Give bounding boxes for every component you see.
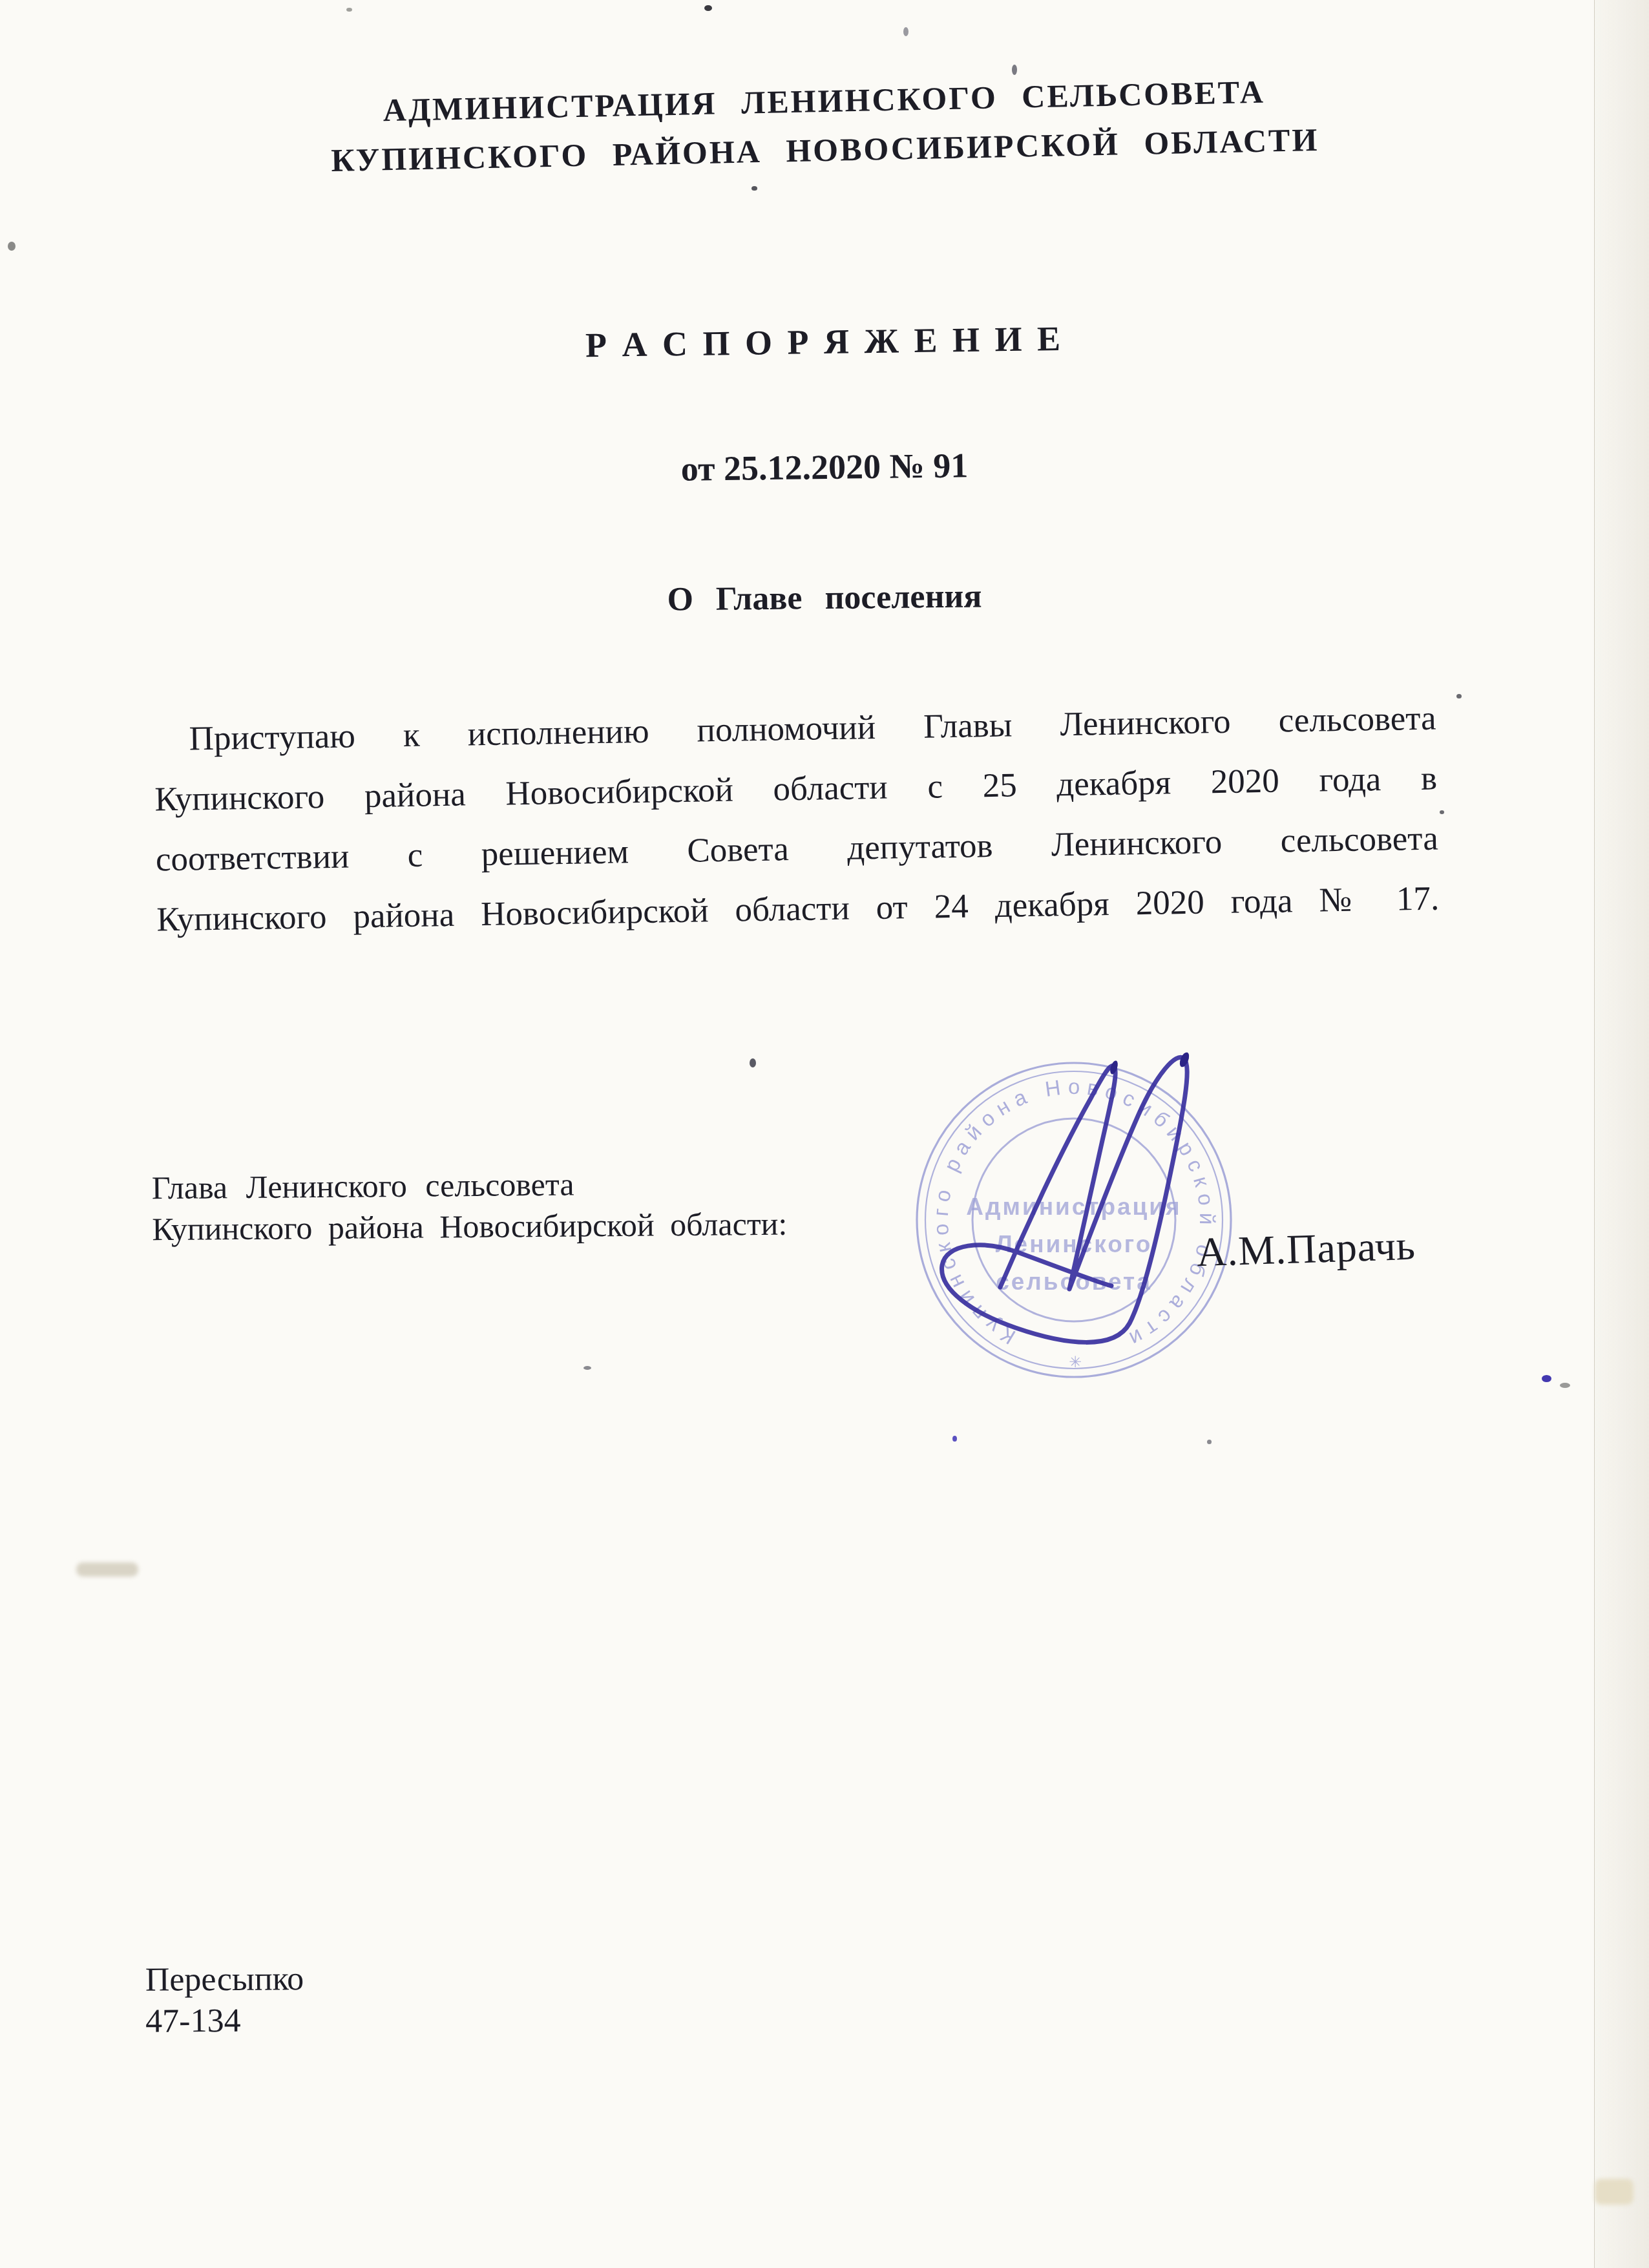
signature-role-line1: Глава Ленинского сельсовета: [151, 1162, 787, 1209]
scan-speck: [750, 1058, 756, 1067]
ink-speck: [1542, 1375, 1551, 1382]
body-paragraph: Приступаю к исполнению полномочий Главы …: [153, 689, 1440, 950]
executor-footer: Пересыпко 47-134: [145, 1958, 304, 2042]
scan-speck: [1560, 1383, 1570, 1388]
executor-phone: 47-134: [145, 2000, 304, 2042]
scanned-document-page: АДМИНИСТРАЦИЯ ЛЕНИНСКОГО СЕЛЬСОВЕТА КУПИ…: [0, 0, 1649, 2268]
signature-role-line2: Купинского района Новосибирской области:: [152, 1203, 788, 1250]
scan-speck: [1440, 810, 1444, 814]
scan-speck: [704, 5, 712, 11]
document-subject: О Главе поселения: [0, 571, 1649, 626]
executor-name: Пересыпко: [145, 1958, 304, 2001]
signature-stroke: [942, 1057, 1188, 1342]
scan-speck: [8, 242, 16, 251]
scan-speck: [1012, 65, 1017, 75]
signatory-name: А.М.Парачь: [1196, 1222, 1416, 1277]
organization-header: АДМИНИСТРАЦИЯ ЛЕНИНСКОГО СЕЛЬСОВЕТА КУПИ…: [0, 59, 1649, 191]
date-and-number-line: от 25.12.2020 № 91: [0, 437, 1649, 497]
scan-speck: [903, 27, 909, 36]
scan-speck: [1456, 694, 1462, 698]
signature-pen-tip: [1178, 1051, 1191, 1069]
signature-role-block: Глава Ленинского сельсовета Купинского р…: [151, 1162, 787, 1250]
handwritten-signature: [905, 1027, 1241, 1370]
scan-speck: [583, 1366, 591, 1370]
scan-edge-mark: [0, 1149, 11, 1199]
scan-speck: [751, 186, 757, 191]
ink-speck: [952, 1436, 957, 1442]
scan-speck: [1207, 1440, 1212, 1444]
scan-smudge: [1595, 2179, 1633, 2205]
document-type-title: Р А С П О Р Я Ж Е Н И Е: [0, 310, 1649, 373]
scan-smudge: [76, 1562, 138, 1577]
scan-speck: [346, 8, 352, 12]
